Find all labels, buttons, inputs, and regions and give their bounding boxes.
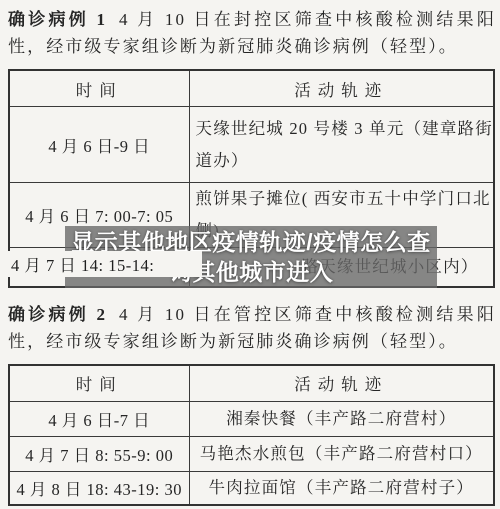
activity-cell: 天缘世纪城 20 号楼 3 单元（建章路街道办） — [189, 107, 494, 183]
column-header-time: 时间 — [9, 70, 189, 107]
activity-cell: 湘秦快餐（丰产路二府营村） — [189, 401, 494, 436]
time-cell: 4 月 7 日 8: 55-9: 00 — [9, 436, 189, 471]
activity-cell: 牛肉拉面馆（丰产路二府营村子） — [189, 471, 494, 505]
table-row: 4 月 7 日 8: 55-9: 00 马艳杰水煎包（丰产路二府营村口） — [9, 436, 494, 471]
table-row: 4 月 8 日 18: 43-19: 30 牛肉拉面馆（丰产路二府营村子） — [9, 471, 494, 505]
column-header-time: 时间 — [9, 365, 189, 402]
table-2-header-row: 时间 活动轨迹 — [9, 365, 494, 402]
time-cell: 4 月 8 日 18: 43-19: 30 — [9, 471, 189, 505]
time-cell: 4 月 6 日-9 日 — [9, 107, 189, 183]
case-2-paragraph: 确诊病例 24 月 10 日在管控区筛查中核酸检测结果阳性，经市级专家组诊断为新… — [8, 301, 496, 355]
case-1-paragraph: 确诊病例 14 月 10 日在封控区筛查中核酸检测结果阳性，经市级专家组诊断为新… — [8, 6, 496, 60]
page-background: { "page": { "bg": "#f5f4f1", "text_color… — [0, 0, 500, 509]
time-patch: 4 月 7 日 14: 15-14: — [8, 251, 202, 277]
case-2-label: 确诊病例 2 — [8, 305, 107, 324]
case-1-label: 确诊病例 1 — [8, 10, 107, 29]
case-2-section: 确诊病例 24 月 10 日在管控区筛查中核酸检测结果阳性，经市级专家组诊断为新… — [8, 301, 495, 506]
column-header-activity: 活动轨迹 — [189, 70, 494, 107]
table-row: 4 月 6 日-7 日 湘秦快餐（丰产路二府营村） — [9, 401, 494, 436]
table-1-header-row: 时间 活动轨迹 — [9, 70, 494, 107]
trajectory-table-2: 时间 活动轨迹 4 月 6 日-7 日 湘秦快餐（丰产路二府营村） 4 月 7 … — [8, 364, 495, 506]
time-cell: 4 月 6 日-7 日 — [9, 401, 189, 436]
table-row: 4 月 6 日-9 日 天缘世纪城 20 号楼 3 单元（建章路街道办） — [9, 107, 494, 183]
activity-cell: 马艳杰水煎包（丰产路二府营村口） — [189, 436, 494, 471]
column-header-activity: 活动轨迹 — [189, 365, 494, 402]
